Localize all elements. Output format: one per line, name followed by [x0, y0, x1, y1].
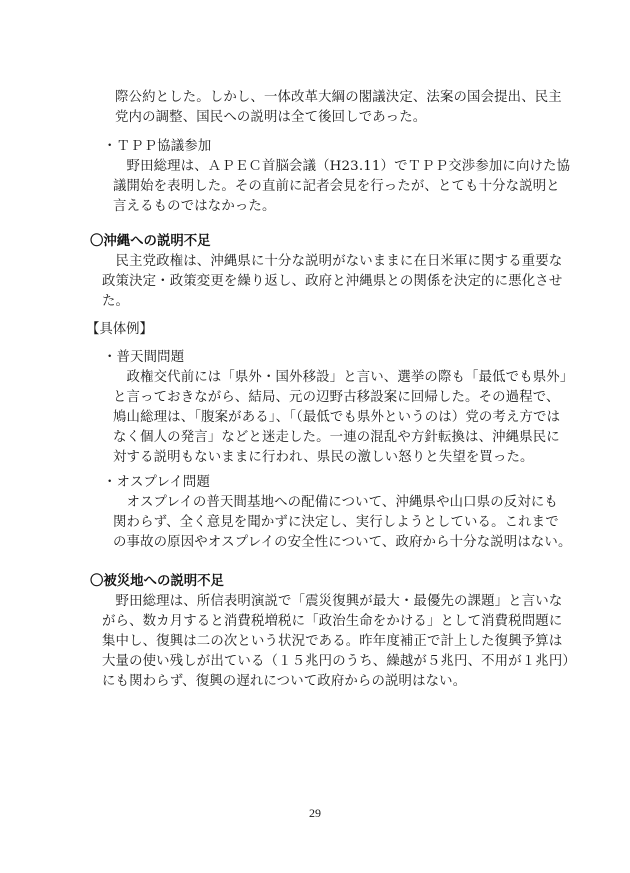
disaster-line: がら、数カ月すると消費税増税に「政治生命をかける」として消費税問題に [102, 613, 562, 631]
osprey-line: オスプレイの普天間基地への配備について、沖縄県や山口県の反対にも [113, 494, 558, 512]
tpp-line: 野田総理は、ＡＰＥＣ首脳会議（H23.11）でＴＰＰ交渉参加に向けた協 [113, 158, 570, 176]
okinawa-line: 政策決定・政策変更を繰り返し、政府と沖縄県との関係を決定的に悪化させ [102, 273, 562, 291]
section-heading-disaster: 〇被災地への説明不足 [90, 573, 224, 591]
tpp-line: 言えるものではなかった。 [113, 198, 276, 216]
disaster-line: 集中し、復興は二の次という状況である。昨年度補正で計上した復興予算は [102, 633, 562, 651]
futenma-line: と言っておきながら、結局、元の辺野古移設案に回帰した。その過程で、 [113, 389, 560, 407]
intro-line: 際公約とした。しかし、一体改革大綱の閣議決定、法案の国会提出、民主 [115, 89, 562, 107]
tpp-line: 議開始を表明した。その直前に記者会見を行ったが、とても十分な説明と [113, 178, 560, 196]
okinawa-line: 民主党政権は、沖縄県に十分な説明がないままに在日米軍に関する重要な [102, 253, 562, 271]
intro-line: 党内の調整、国民への説明は全て後回しであった。 [115, 109, 426, 127]
futenma-bullet: ・普天間問題 [103, 349, 184, 367]
page-number: 29 [0, 806, 630, 821]
osprey-line: の事故の原因やオスプレイの安全性について、政府から十分な説明はない。 [113, 534, 572, 552]
osprey-bullet: ・オスプレイ問題 [103, 474, 210, 492]
okinawa-line: た。 [102, 293, 129, 311]
document-page: 際公約とした。しかし、一体改革大綱の閣議決定、法案の国会提出、民主 党内の調整、… [0, 0, 630, 873]
osprey-line: 関わらず、全く意見を聞かずに決定し、実行しようとしている。これまで [113, 514, 559, 532]
disaster-line: 大量の使い残しが出ている（１５兆円のうち、繰越が５兆円、不用が１兆円） [102, 653, 576, 671]
futenma-line: 政権交代前には「県外・国外移設」と言い、選挙の際も「最低でも県外」 [113, 369, 573, 387]
examples-heading: 【具体例】 [86, 321, 153, 339]
disaster-line: 野田総理は、所信表明演説で「震災復興が最大・最優先の課題」と言いな [102, 593, 562, 611]
tpp-bullet: ・ＴＰＰ協議参加 [103, 138, 211, 156]
section-heading-okinawa: 〇沖縄への説明不足 [90, 233, 211, 251]
disaster-line: にも関わらず、復興の遅れについて政府からの説明はない。 [102, 673, 466, 691]
futenma-line: 対する説明もないままに行われ、県民の激しい怒りと失望を買った。 [113, 449, 534, 467]
futenma-line: なく個人の発言」などと迷走した。一連の混乱や方針転換は、沖縄県民に [113, 429, 560, 447]
futenma-line: 鳩山総理は、「腹案がある」、「（最低でも県外というのは）党の考え方では [113, 409, 560, 427]
